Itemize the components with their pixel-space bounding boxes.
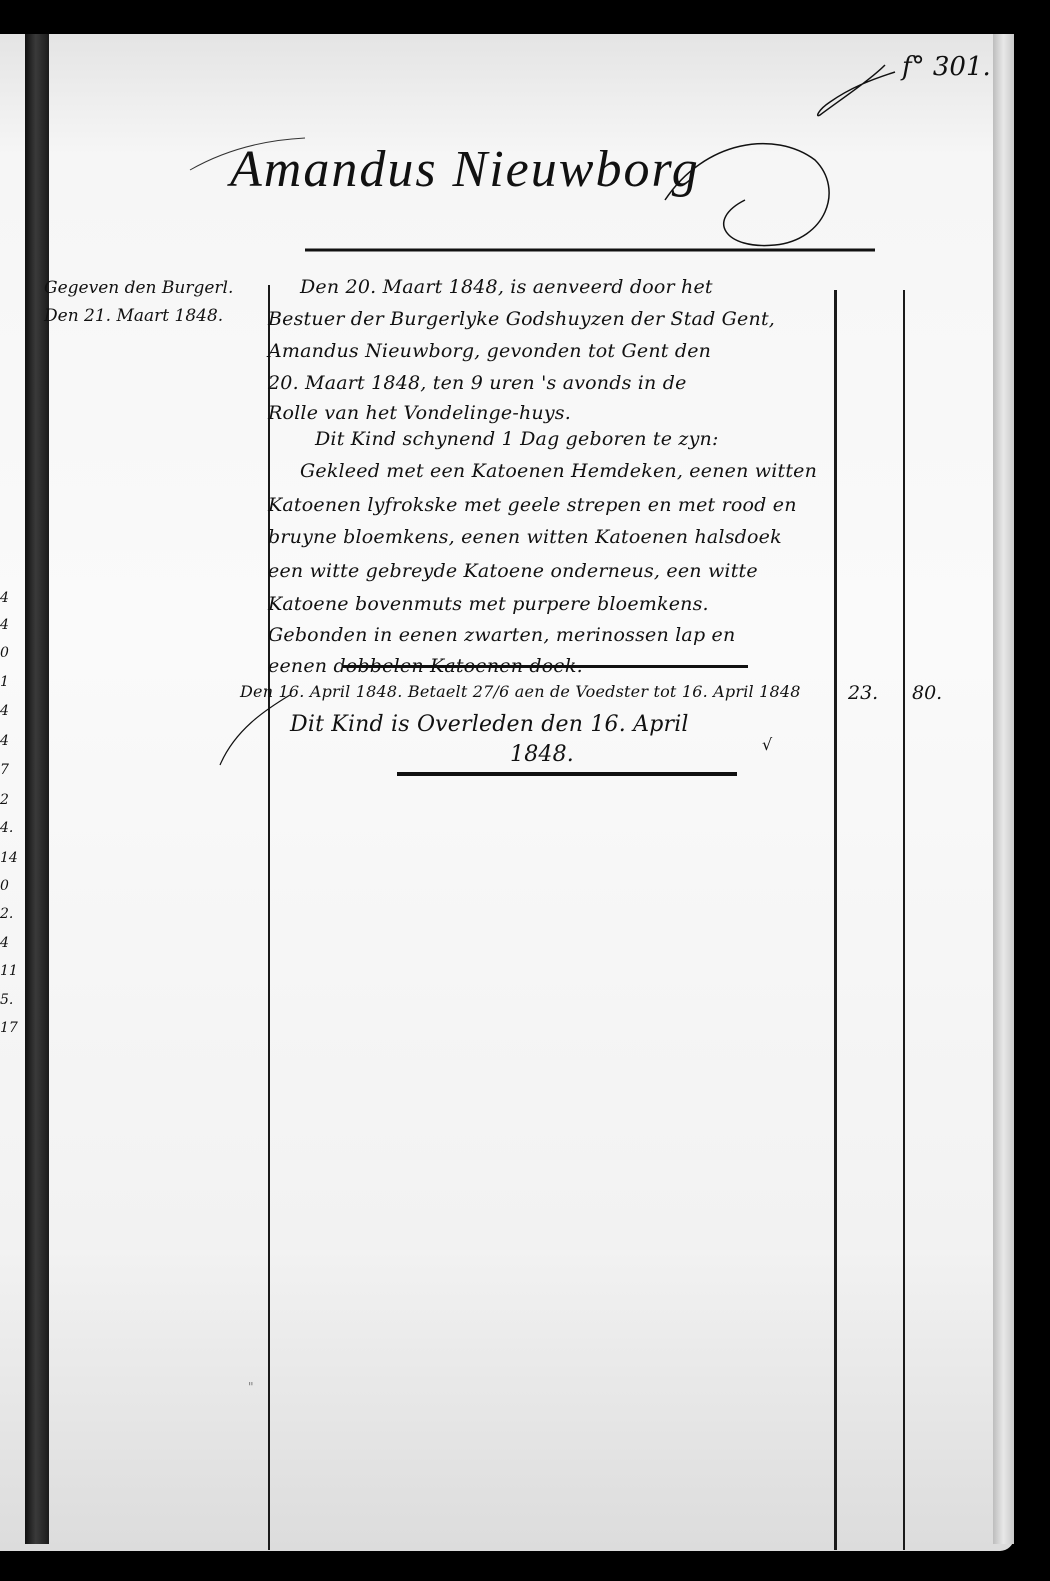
tally-item: 2 xyxy=(0,792,9,808)
tally-item: 17 xyxy=(0,1020,18,1036)
payment-amount: 23. xyxy=(848,682,878,704)
closing-divider xyxy=(397,772,737,776)
ditto-mark: " xyxy=(248,1380,254,1394)
record-title: Amandus Nieuwborg xyxy=(230,140,700,199)
margin-note-line: Den 21. Maart 1848. xyxy=(44,306,223,326)
entry-line: 20. Maart 1848, ten 9 uren 's avonds in … xyxy=(268,372,687,394)
tally-item: 4 xyxy=(0,590,9,606)
tally-item: 0 xyxy=(0,645,9,661)
entry-line: Gebonden in eenen zwarten, merinossen la… xyxy=(268,624,735,646)
tally-item: 4. xyxy=(0,820,13,836)
entry-divider xyxy=(343,665,748,668)
tally-item: 4 xyxy=(0,703,9,719)
entry-line: een witte gebreyde Katoene onderneus, ee… xyxy=(268,560,758,582)
tally-item: 4 xyxy=(0,733,9,749)
column-rule-right xyxy=(903,290,905,1550)
tally-item: 5. xyxy=(0,992,13,1008)
entry-line: Den 20. Maart 1848, is aenveerd door het xyxy=(300,276,713,298)
entry-line: Gekleed met een Katoenen Hemdeken, eenen… xyxy=(300,460,817,482)
folio-number: f° 301. xyxy=(902,52,991,82)
tally-item: 2. xyxy=(0,906,13,922)
tally-item: 14 xyxy=(0,850,18,866)
tally-item: 4 xyxy=(0,935,9,951)
tally-item: 11 xyxy=(0,963,18,979)
page-edge xyxy=(993,34,1014,1544)
entry-line: Katoenen lyfrokske met geele strepen en … xyxy=(268,494,797,516)
entry-line: Katoene bovenmuts met purpere bloemkens. xyxy=(268,593,709,615)
margin-flourish-icon xyxy=(215,690,295,770)
register-page xyxy=(0,34,1014,1551)
check-mark-icon: √ xyxy=(762,735,772,754)
tally-item: 1 xyxy=(0,674,9,690)
entry-line: Amandus Nieuwborg, gevonden tot Gent den xyxy=(268,340,711,362)
tally-item: 4 xyxy=(0,617,9,633)
entry-line: bruyne bloemkens, eenen witten Katoenen … xyxy=(268,526,782,548)
entry-line: Rolle van het Vondelinge-huys. xyxy=(268,402,571,424)
book-gutter xyxy=(25,34,49,1544)
entry-line: Dit Kind schynend 1 Dag geboren te zyn: xyxy=(315,428,719,450)
column-rule-middle xyxy=(834,290,837,1550)
payment-column-value: 80. xyxy=(912,682,942,704)
folio-flourish-icon xyxy=(810,60,910,120)
tally-item: 7 xyxy=(0,762,9,778)
payment-line: Den 16. April 1848. Betaelt 27/6 aen de … xyxy=(240,682,801,701)
death-note-line: Dit Kind is Overleden den 16. April xyxy=(290,712,689,737)
tally-item: 0 xyxy=(0,878,9,894)
margin-note-line: Gegeven den Burgerl. xyxy=(44,278,233,298)
death-note-line: 1848. xyxy=(510,742,574,767)
entry-line: Bestuer der Burgerlyke Godshuyzen der St… xyxy=(268,308,775,330)
column-rule-left xyxy=(268,285,270,1550)
